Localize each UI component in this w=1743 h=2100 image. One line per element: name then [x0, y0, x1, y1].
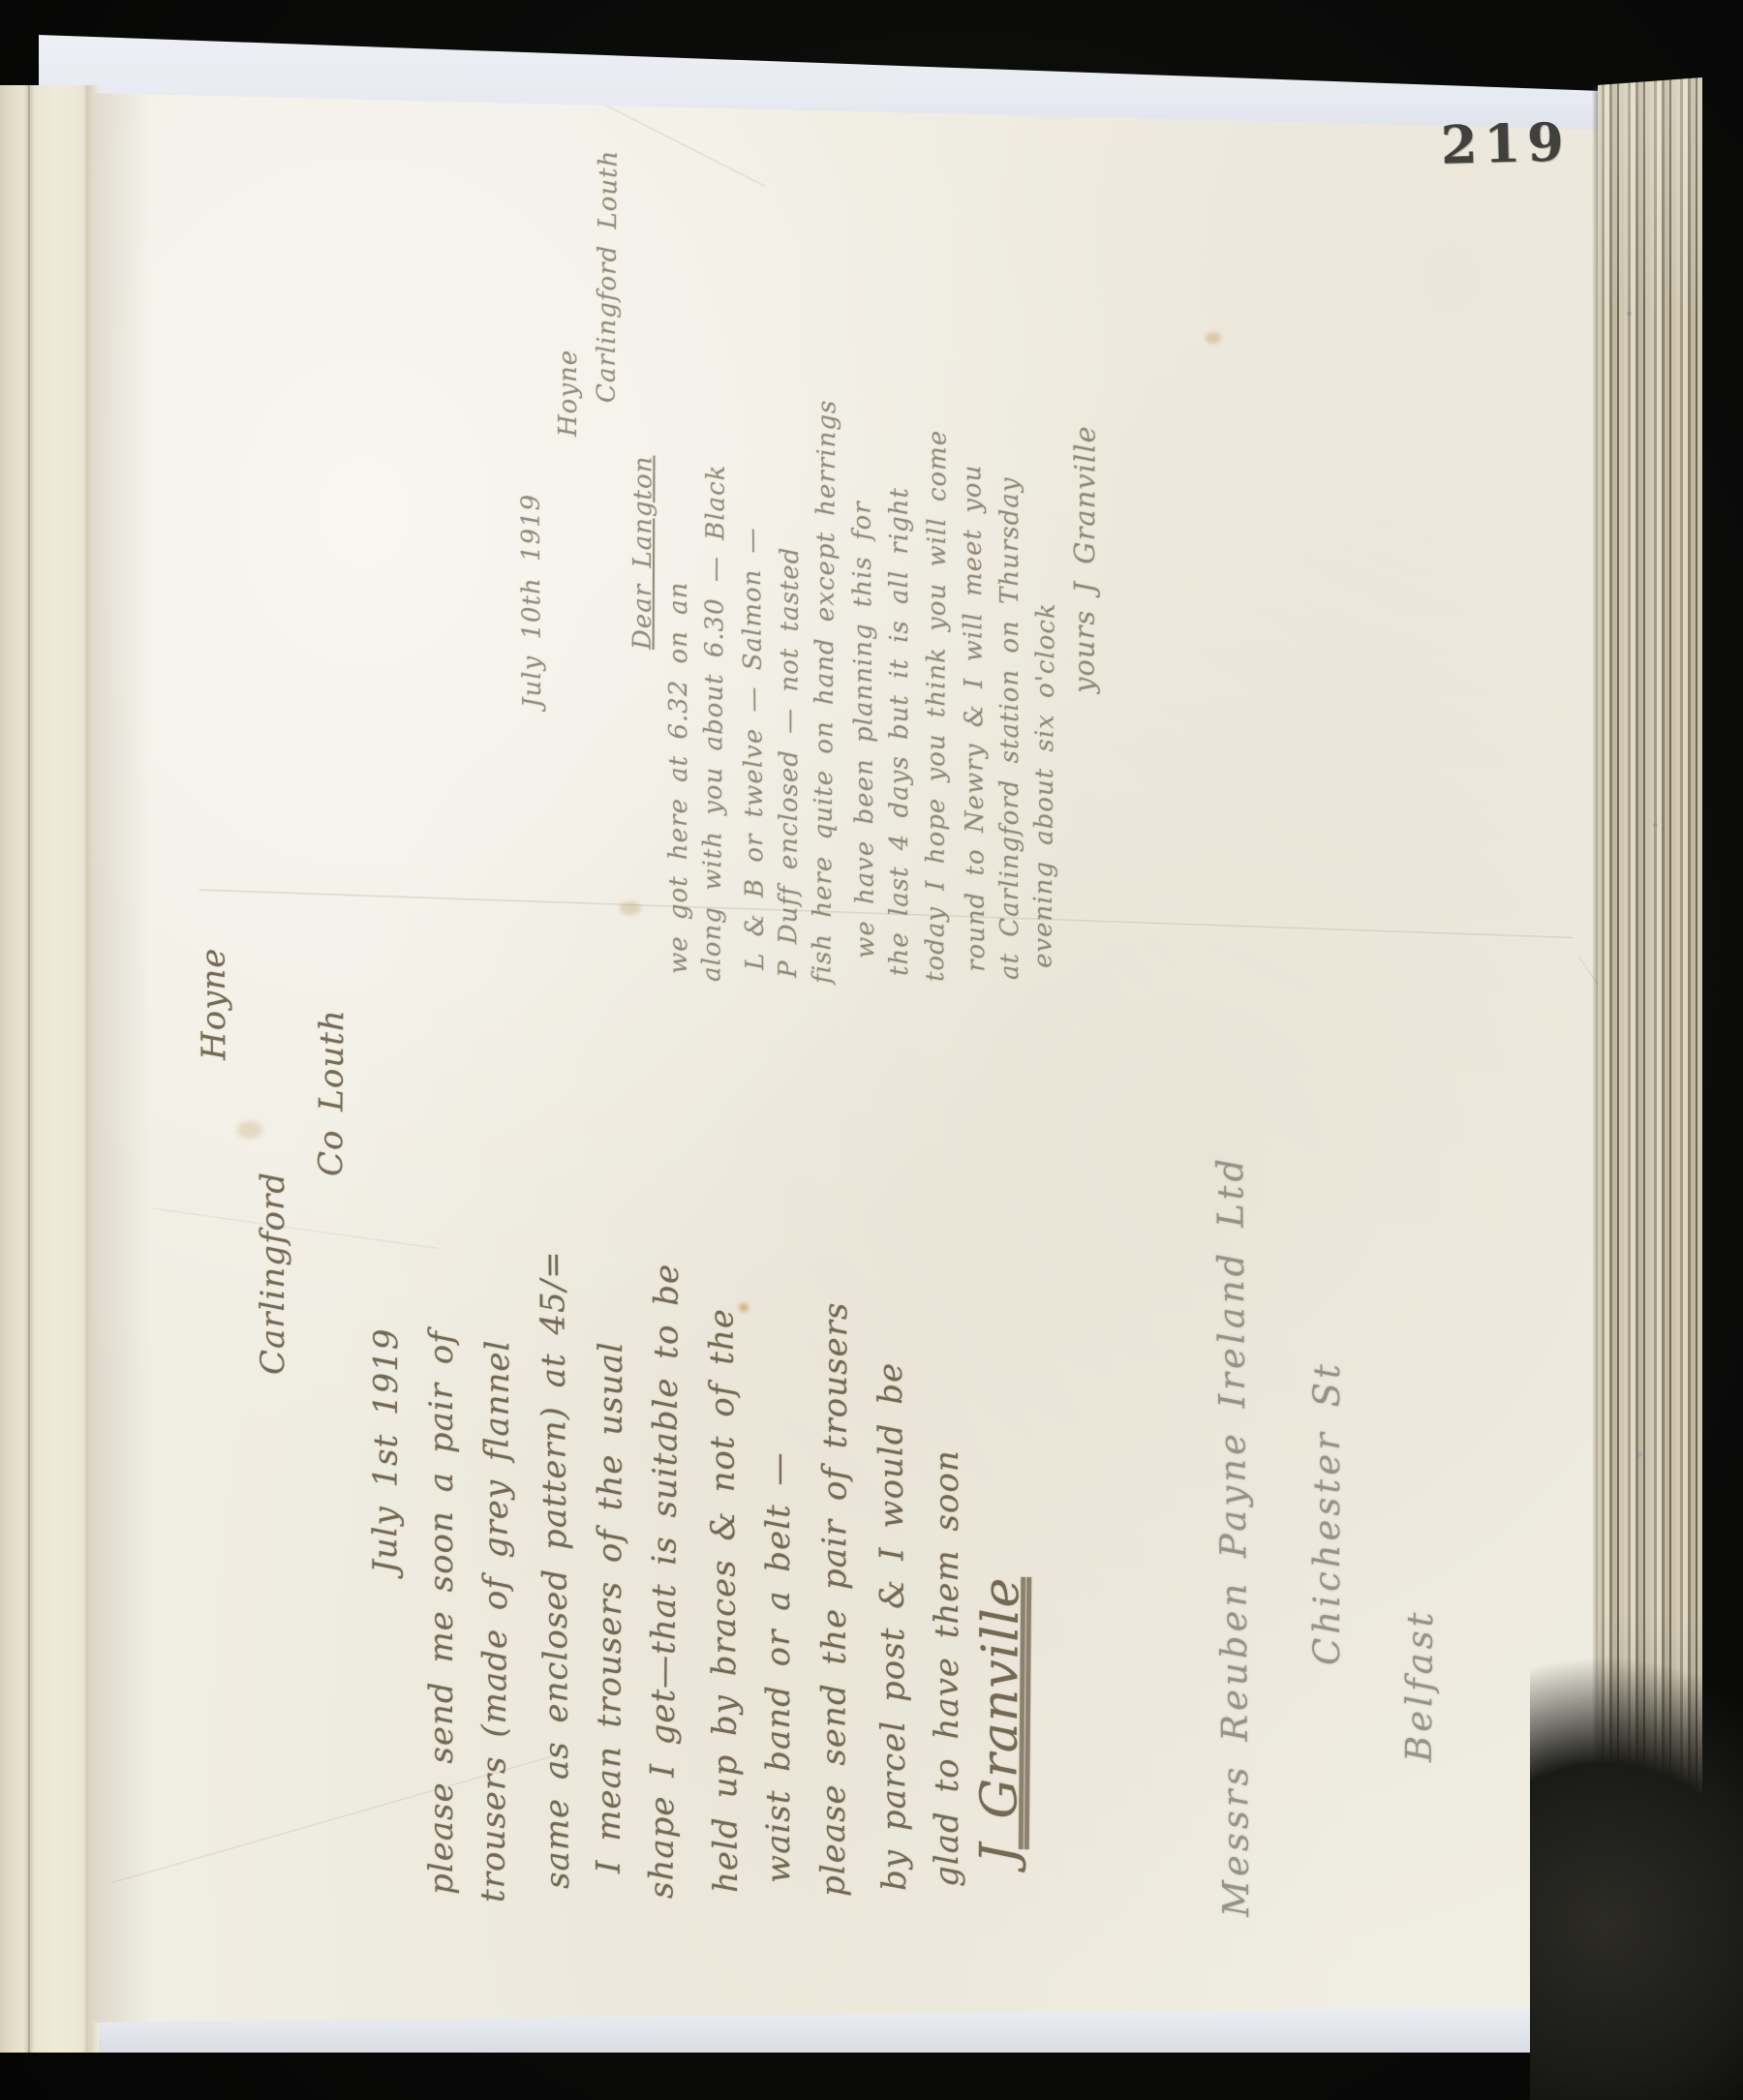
book-cover-corner — [1530, 1597, 1743, 2100]
handwritten-line: July 10th 1919 — [510, 143, 554, 984]
handwritten-line: Carlingford — [245, 862, 301, 1902]
handwritten-line: Co Louth — [296, 862, 361, 1902]
handwritten-line: held up by braces & not of the — [690, 862, 754, 1902]
handwritten-line: please send the pair of trousers — [806, 862, 867, 1902]
handwritten-line: by parcel post & I would be — [859, 862, 923, 1902]
handwritten-line: July 1st 1919 — [356, 862, 417, 1902]
handwritten-line: glad to have them soon — [919, 862, 975, 1902]
handwritten-line: trousers (made of grey flannel — [465, 862, 530, 1902]
handwritten-line: L & B or twelve — Salmon — — [731, 143, 775, 984]
page-number-stamp: 219 — [1440, 110, 1571, 175]
handwritten-line: round to Newry & I will meet you — [952, 143, 995, 984]
handwritten-line: evening about six o'clock — [1024, 143, 1069, 984]
handwritten-line: Hoyne — [185, 862, 249, 1902]
foxing-spot — [1206, 332, 1221, 344]
handwritten-line: we have been planning this for — [841, 143, 885, 984]
handwritten-line: the last 4 days but it is all right — [881, 143, 918, 984]
address-line: Messrs Reuben Payne Ireland Ltd — [1183, 1113, 1284, 1918]
letter-top-text: July 10th 1919 Hoyne Carlingford Louth D… — [513, 143, 1109, 984]
letter-bottom-text: Hoyne Carlingford Co Louth July 1st 1919… — [189, 862, 1036, 1902]
address-line: Chichester St — [1280, 1113, 1374, 1917]
handwritten-line: Hoyne — [550, 143, 587, 984]
handwritten-line: waist band or a belt — — [750, 862, 807, 1902]
handwritten-line: same as enclosed pattern) at 45/= — [522, 862, 586, 1902]
handwritten-line: at Carlingford station on Thursday — [992, 143, 1028, 984]
handwritten-line: Dear Langton — [623, 143, 663, 984]
page-gutter — [0, 85, 99, 2053]
letterbook-scan: { "page_number": "219", "letters": { "to… — [0, 0, 1743, 2100]
handwritten-line: shape I get—that is suitable to be — [633, 862, 698, 1902]
handwritten-line: Carlingford Louth — [583, 143, 627, 984]
handwritten-line: please send me soon a pair of — [413, 862, 470, 1902]
address-line: Belfast — [1370, 1113, 1471, 1918]
letter-bottom: Hoyne Carlingford Co Louth July 1st 1919… — [189, 862, 1036, 1902]
letter-top: July 10th 1919 Hoyne Carlingford Louth D… — [513, 143, 1109, 984]
signature: J Granville — [970, 862, 1035, 1902]
handwritten-line: I mean trousers of the usual — [581, 862, 642, 1902]
signature: yours J Granville — [1064, 143, 1105, 984]
gutter-shadow — [92, 85, 150, 2027]
handwritten-line: we got here at 6.32 on an — [660, 143, 697, 984]
recipient-address: Messrs Reuben Payne Ireland Ltd Chichest… — [1186, 1113, 1506, 1917]
recipient-address-text: Messrs Reuben Payne Ireland Ltd Chichest… — [1186, 1113, 1506, 1917]
